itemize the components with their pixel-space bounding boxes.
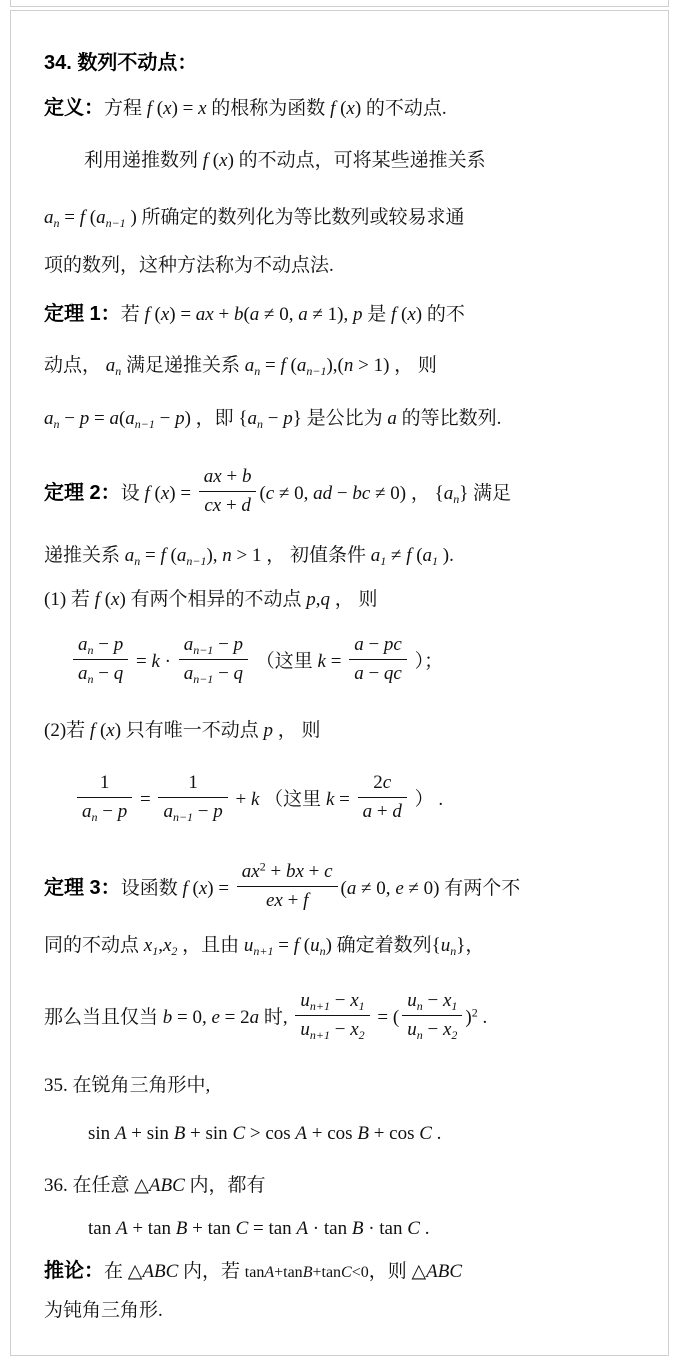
text-run: (2)若 bbox=[44, 720, 90, 741]
text-run: + bbox=[231, 789, 251, 810]
fraction: an−1 − pan−1 − q bbox=[179, 633, 248, 686]
math-variable: B bbox=[176, 1218, 188, 1239]
denominator: ex + f bbox=[237, 887, 338, 913]
text-run: 那么当且仅当 bbox=[44, 1007, 163, 1028]
math-variable: x bbox=[106, 720, 114, 741]
numerator: ax + b bbox=[199, 465, 257, 492]
text-run: 35. 在锐角三角形中, bbox=[44, 1075, 210, 1096]
fraction: 1an − p bbox=[77, 771, 132, 824]
text-run: = bbox=[260, 355, 280, 376]
math-variable: f bbox=[303, 890, 308, 911]
math-variable: a bbox=[444, 483, 454, 504]
text-run: ) = bbox=[172, 98, 199, 119]
item-34-heading: 34. 数列不动点： bbox=[44, 41, 656, 85]
numerator: an−1 − p bbox=[179, 633, 248, 660]
text-run: − bbox=[330, 1019, 350, 1040]
text-run: · tan bbox=[363, 1218, 407, 1239]
subscript: n−1 bbox=[173, 810, 193, 824]
text-run: − bbox=[423, 1019, 443, 1040]
math-variable: k bbox=[318, 651, 326, 672]
bold-label: 定理 2： bbox=[44, 482, 121, 504]
subscript: n−1 bbox=[193, 672, 213, 686]
intro-line-2: an = f (an−1 ) 所确定的数列化为等比数列或较易求通 bbox=[44, 191, 656, 245]
math-variable: ABC bbox=[142, 1261, 178, 1282]
math-variable: x bbox=[144, 935, 152, 956]
fraction: un − x1un − x2 bbox=[402, 989, 462, 1042]
theorem1-line-3: an − p = a(an−1 − p) ，即 {an − p} 是公比为 a … bbox=[44, 391, 656, 447]
item-35-formula-line: sin A + sin B + sin C > cos A + cos B + … bbox=[44, 1109, 656, 1159]
numerator: 1 bbox=[77, 771, 132, 798]
math-variable: a bbox=[387, 408, 397, 429]
math-variable: p bbox=[118, 801, 128, 822]
text-run: ) = bbox=[169, 483, 196, 504]
subscript: n−1 bbox=[193, 644, 213, 658]
math-variable: ex bbox=[266, 890, 283, 911]
math-variable: b bbox=[242, 466, 252, 487]
math-variable: c bbox=[324, 861, 332, 882]
bold-label: 定理 3： bbox=[44, 877, 121, 899]
denominator: a + d bbox=[358, 798, 407, 824]
math-variable: a bbox=[371, 545, 381, 566]
text-run: (1) 若 bbox=[44, 589, 95, 610]
math-variable: ax bbox=[204, 466, 222, 487]
subscript: n−1 bbox=[135, 417, 155, 431]
text-run: ≠ 0, bbox=[274, 483, 313, 504]
subscript: n−1 bbox=[306, 364, 326, 378]
math-variable: a bbox=[177, 545, 187, 566]
theorem2-line-1: 定理 2：设 f (x) = ax + bcx + d(c ≠ 0, ad − … bbox=[44, 447, 656, 539]
text-run: − bbox=[94, 634, 114, 655]
math-variable: C bbox=[236, 1218, 249, 1239]
text-run: ) 的不动点，可将某些递推关系 bbox=[228, 150, 486, 171]
text-run: ， 则 bbox=[330, 589, 378, 610]
fraction: 2ca + d bbox=[358, 771, 407, 824]
text-run: . bbox=[478, 1007, 488, 1028]
text-run: 在 △ bbox=[104, 1261, 142, 1282]
math-variable: a bbox=[423, 545, 433, 566]
numerator: 2c bbox=[358, 771, 407, 798]
math-variable: n bbox=[344, 355, 354, 376]
subscript: n+1 bbox=[310, 1000, 330, 1014]
math-variable: d bbox=[392, 801, 402, 822]
theorem3-line-1: 定理 3：设函数 f (x) = ax2 + bx + cex + f(a ≠ … bbox=[44, 857, 656, 919]
fraction: 1an−1 − p bbox=[158, 771, 227, 824]
text-run: − bbox=[213, 634, 233, 655]
numerator: un+1 − x1 bbox=[295, 989, 369, 1016]
math-variable: a bbox=[78, 634, 88, 655]
math-variable-small: A bbox=[264, 1264, 274, 1281]
text-run: − bbox=[94, 663, 114, 684]
subscript: 1 bbox=[451, 1000, 457, 1014]
text-run: ( bbox=[335, 98, 346, 119]
corollary-line-2: 为钝角三角形. bbox=[44, 1297, 656, 1325]
math-variable: q bbox=[234, 663, 244, 684]
math-variable: c bbox=[383, 772, 391, 793]
text-run: 设函数 bbox=[121, 878, 183, 899]
math-variable: A bbox=[295, 1123, 307, 1144]
text-run: = bbox=[140, 545, 160, 566]
text-run: 方程 bbox=[104, 98, 147, 119]
text-run-small: +tan bbox=[274, 1264, 303, 1281]
fraction: un+1 − x1un+1 − x2 bbox=[295, 989, 369, 1042]
subscript: n−1 bbox=[106, 216, 126, 230]
math-variable: a bbox=[184, 634, 194, 655]
math-variable: C bbox=[407, 1218, 420, 1239]
text-run: ( bbox=[150, 483, 161, 504]
denominator: an−1 − q bbox=[179, 660, 248, 686]
text-run: − bbox=[423, 990, 443, 1011]
math-variable: x bbox=[198, 98, 206, 119]
math-variable: p bbox=[283, 408, 293, 429]
text-run-small: <0 bbox=[352, 1264, 369, 1281]
fraction: ax2 + bx + cex + f bbox=[237, 860, 338, 913]
denominator: an − p bbox=[77, 798, 132, 824]
text-run: + bbox=[304, 861, 324, 882]
math-variable: C bbox=[232, 1123, 245, 1144]
text-run: ≠ bbox=[386, 545, 406, 566]
subscript: 2 bbox=[359, 1028, 365, 1042]
text-run: ),( bbox=[326, 355, 343, 376]
math-variable: a bbox=[44, 408, 54, 429]
fraction: ax + bcx + d bbox=[199, 465, 257, 518]
math-variable: p bbox=[80, 408, 90, 429]
text-run: 利用递推数列 bbox=[84, 150, 203, 171]
text-run: = 2 bbox=[220, 1007, 250, 1028]
math-variable: a bbox=[248, 408, 258, 429]
document-page: 34. 数列不动点： 定义：方程 f (x) = x 的根称为函数 f (x) … bbox=[10, 10, 669, 1356]
denominator: an − q bbox=[73, 660, 128, 686]
math-variable: p bbox=[306, 589, 316, 610]
text-run: 1 bbox=[188, 772, 198, 793]
math-variable: ABC bbox=[149, 1175, 185, 1196]
math-variable: a bbox=[44, 207, 54, 228]
text-run: ) 的不 bbox=[416, 304, 465, 325]
math-variable: u bbox=[310, 935, 320, 956]
text-run: · tan bbox=[308, 1218, 352, 1239]
text-run: = ( bbox=[373, 1007, 400, 1028]
math-variable: B bbox=[357, 1123, 369, 1144]
text-run: . bbox=[432, 1123, 442, 1144]
text-run: + sin bbox=[127, 1123, 174, 1144]
math-variable: x bbox=[161, 483, 169, 504]
math-variable: n bbox=[222, 545, 232, 566]
text-run: − bbox=[364, 634, 384, 655]
text-run: 2 bbox=[373, 772, 383, 793]
math-variable: p bbox=[234, 634, 244, 655]
text-run: 时, bbox=[259, 1007, 292, 1028]
text-run: sin bbox=[88, 1123, 115, 1144]
math-variable: x bbox=[350, 1019, 358, 1040]
text-run: ≠ 0) ， { bbox=[370, 483, 443, 504]
math-variable: p bbox=[175, 408, 185, 429]
text-run: + tan bbox=[187, 1218, 235, 1239]
text-run: − bbox=[193, 801, 213, 822]
text-run: = bbox=[60, 207, 80, 228]
text-run: 设 bbox=[121, 483, 145, 504]
theorem3-line-3: 那么当且仅当 b = 0, e = 2a 时, un+1 − x1un+1 − … bbox=[44, 973, 656, 1063]
numerator: 1 bbox=[158, 771, 227, 798]
math-variable-small: C bbox=[341, 1264, 352, 1281]
text-run: = bbox=[131, 651, 151, 672]
text-run: ) 所确定的数列化为等比数列或较易求通 bbox=[126, 207, 465, 228]
text-run: ≠ 1), bbox=[308, 304, 353, 325]
math-variable: A bbox=[116, 1218, 128, 1239]
text-run: + bbox=[222, 466, 242, 487]
denominator: an−1 − p bbox=[158, 798, 227, 824]
numerator: ax2 + bx + c bbox=[237, 860, 338, 887]
numerator: un − x1 bbox=[402, 989, 462, 1016]
text-run: = 0, bbox=[172, 1007, 211, 1028]
text-run: tan bbox=[88, 1218, 116, 1239]
math-variable: cx bbox=[204, 495, 221, 516]
text-run: 满足递推关系 bbox=[121, 355, 245, 376]
text-run: = bbox=[135, 789, 155, 810]
text-run: 的根称为函数 bbox=[207, 98, 331, 119]
math-variable: pc bbox=[384, 634, 402, 655]
item-36-heading: 36. 在任意 △ABC 内，都有 bbox=[44, 1159, 656, 1213]
math-variable-small: B bbox=[303, 1264, 313, 1281]
text-run: ， 则 bbox=[273, 720, 321, 741]
text-run: ( bbox=[411, 545, 422, 566]
math-variable: x bbox=[443, 990, 451, 1011]
corollary-line-1: 推论：在 △ABC 内，若 tanA+tanB+tanC<0，则 △ABC bbox=[44, 1245, 656, 1297]
math-variable: B bbox=[352, 1218, 364, 1239]
case2-condition-line: (2)若 f (x) 只有唯一不动点 p ， 则 bbox=[44, 697, 656, 765]
text-run: ( bbox=[208, 150, 219, 171]
math-variable: ax bbox=[242, 861, 260, 882]
text-run: 动点， bbox=[44, 355, 106, 376]
math-variable: q bbox=[321, 589, 331, 610]
math-variable: x bbox=[219, 150, 227, 171]
bold-label: 34. 数列不动点： bbox=[44, 52, 197, 74]
math-variable: u bbox=[407, 990, 417, 1011]
subscript: n−1 bbox=[186, 554, 206, 568]
bold-label: 推论： bbox=[44, 1260, 104, 1282]
text-run: > 1 ， 初值条件 bbox=[232, 545, 371, 566]
text-run: ) 确定着数列{ bbox=[326, 935, 441, 956]
math-variable: u bbox=[300, 990, 310, 1011]
subscript: n+1 bbox=[310, 1028, 330, 1042]
text-run: ( bbox=[299, 935, 310, 956]
theorem1-line-2: 动点， an 满足递推关系 an = f (an−1),(n > 1) ， 则 bbox=[44, 341, 656, 391]
text-run: ( bbox=[100, 589, 111, 610]
text-run: } 是公比为 bbox=[293, 408, 388, 429]
math-variable: x bbox=[199, 878, 207, 899]
text-run: = bbox=[274, 935, 294, 956]
text-run: = tan bbox=[248, 1218, 296, 1239]
math-variable: A bbox=[296, 1218, 308, 1239]
text-run: ，且由 bbox=[177, 935, 244, 956]
numerator: an − p bbox=[73, 633, 128, 660]
fraction: a − pca − qc bbox=[349, 633, 407, 686]
text-run: . bbox=[420, 1218, 430, 1239]
text-run: − bbox=[155, 408, 175, 429]
math-variable: qc bbox=[384, 663, 402, 684]
math-variable: a bbox=[163, 801, 173, 822]
math-variable: ax bbox=[196, 304, 214, 325]
text-run: + bbox=[372, 801, 392, 822]
text-run: + bbox=[214, 304, 234, 325]
fraction: an − pan − q bbox=[73, 633, 128, 686]
math-variable: a bbox=[184, 663, 194, 684]
text-run: − bbox=[213, 663, 233, 684]
text-run: + cos bbox=[369, 1123, 419, 1144]
math-variable: A bbox=[115, 1123, 127, 1144]
math-variable: a bbox=[298, 304, 308, 325]
text-run: > 1) ， 则 bbox=[353, 355, 437, 376]
math-variable: u bbox=[244, 935, 254, 956]
math-variable: x bbox=[161, 304, 169, 325]
math-variable: p bbox=[264, 720, 274, 741]
text-run: 的等比数列. bbox=[397, 408, 502, 429]
text-run: ( bbox=[286, 355, 297, 376]
definition-line: 定义：方程 f (x) = x 的根称为函数 f (x) 的不动点. bbox=[44, 85, 656, 131]
math-variable: a bbox=[109, 408, 119, 429]
math-variable: x bbox=[346, 98, 354, 119]
text-run: · bbox=[160, 651, 176, 672]
math-variable: C bbox=[419, 1123, 432, 1144]
math-variable: u bbox=[300, 1019, 310, 1040]
math-variable: bx bbox=[286, 861, 304, 882]
denominator: un+1 − x2 bbox=[295, 1016, 369, 1042]
text-run: = bbox=[89, 408, 109, 429]
denominator: un − x2 bbox=[402, 1016, 462, 1042]
bold-label: 定理 1： bbox=[44, 303, 121, 325]
intro-line-3: 项的数列，这种方法称为不动点法. bbox=[44, 245, 656, 287]
bold-label: 定义： bbox=[44, 97, 104, 119]
text-run: − bbox=[263, 408, 283, 429]
text-run: > cos bbox=[245, 1123, 295, 1144]
math-variable: ABC bbox=[426, 1261, 462, 1282]
math-variable: x bbox=[443, 1019, 451, 1040]
math-variable: p bbox=[114, 634, 124, 655]
text-run: 内，若 bbox=[178, 1261, 245, 1282]
text-run: − bbox=[98, 801, 118, 822]
text-run: }， bbox=[456, 935, 484, 956]
math-variable: u bbox=[441, 935, 451, 956]
text-run: ( bbox=[188, 878, 199, 899]
math-variable: a bbox=[363, 801, 373, 822]
math-variable: d bbox=[241, 495, 251, 516]
item-36-formula-line: tan A + tan B + tan C = tan A · tan B · … bbox=[44, 1213, 656, 1245]
text-run: ), bbox=[206, 545, 222, 566]
text-run: 1 bbox=[100, 772, 110, 793]
math-variable: u bbox=[407, 1019, 417, 1040]
text-run: ） . bbox=[410, 789, 443, 810]
text-run: ( bbox=[152, 98, 163, 119]
text-run: ≠ 0, bbox=[356, 878, 395, 899]
denominator: a − qc bbox=[349, 660, 407, 686]
theorem1-line-1: 定理 1：若 f (x) = ax + b(a ≠ 0, a ≠ 1), p 是… bbox=[44, 287, 656, 341]
text-run: 36. 在任意 △ bbox=[44, 1175, 149, 1196]
math-variable: a bbox=[354, 663, 364, 684]
text-run: ≠ 0) 有两个不 bbox=[404, 878, 521, 899]
math-variable: B bbox=[174, 1123, 186, 1144]
text-run: = bbox=[334, 789, 354, 810]
item-35-heading: 35. 在锐角三角形中, bbox=[44, 1063, 656, 1109]
text-run: ，则 △ bbox=[369, 1261, 426, 1282]
math-variable: a bbox=[297, 355, 307, 376]
text-run: + sin bbox=[185, 1123, 232, 1144]
text-run: ( bbox=[150, 304, 161, 325]
math-variable: a bbox=[245, 355, 255, 376]
text-run: ). bbox=[438, 545, 454, 566]
text-run: 内，都有 bbox=[185, 1175, 266, 1196]
text-run: ) = bbox=[207, 878, 234, 899]
math-variable: bc bbox=[352, 483, 370, 504]
text-run-small: +tan bbox=[312, 1264, 341, 1281]
text-run: + bbox=[221, 495, 241, 516]
text-run: 同的不动点 bbox=[44, 935, 144, 956]
text-run: ( bbox=[95, 720, 106, 741]
math-variable: a bbox=[250, 1007, 260, 1028]
text-run: } 满足 bbox=[459, 483, 511, 504]
text-run: ≠ 0, bbox=[259, 304, 298, 325]
case1-formula-line: an − pan − q = k · an−1 − pan−1 − q （这里 … bbox=[44, 627, 656, 697]
text-run: + tan bbox=[128, 1218, 176, 1239]
text-run: + cos bbox=[307, 1123, 357, 1144]
theorem2-line-2: 递推关系 an = f (an−1), n > 1 ， 初值条件 a1 ≠ f … bbox=[44, 539, 656, 573]
text-run: ) 的不动点. bbox=[355, 98, 447, 119]
text-run: ) 只有唯一不动点 bbox=[115, 720, 264, 741]
text-run: 是 bbox=[362, 304, 391, 325]
math-variable: a bbox=[347, 878, 357, 899]
math-variable: b bbox=[163, 1007, 173, 1028]
text-run: + bbox=[266, 861, 286, 882]
math-variable: e bbox=[395, 878, 403, 899]
text-run: 若 bbox=[121, 304, 145, 325]
theorem3-line-2: 同的不动点 x1,x2 ，且由 un+1 = f (un) 确定着数列{un}， bbox=[44, 919, 656, 973]
text-run: − bbox=[330, 990, 350, 1011]
text-run: （这里 bbox=[251, 651, 318, 672]
intro-line-1: 利用递推数列 f (x) 的不动点，可将某些递推关系 bbox=[44, 131, 656, 191]
text-run: ( bbox=[166, 545, 177, 566]
case1-condition-line: (1) 若 f (x) 有两个相异的不动点 p,q ， 则 bbox=[44, 573, 656, 627]
text-run-small: tan bbox=[245, 1264, 265, 1281]
math-variable: a bbox=[78, 663, 88, 684]
numerator: a − pc bbox=[349, 633, 407, 660]
text-run: ) ，即 { bbox=[185, 408, 248, 429]
math-variable: q bbox=[114, 663, 124, 684]
math-variable: a bbox=[106, 355, 116, 376]
text-run: − bbox=[364, 663, 384, 684]
math-variable: k bbox=[151, 651, 159, 672]
math-variable: p bbox=[213, 801, 223, 822]
text-run: = bbox=[326, 651, 346, 672]
math-variable: a bbox=[354, 634, 364, 655]
text-run: ）； bbox=[410, 651, 443, 672]
math-variable: x bbox=[163, 98, 171, 119]
text-run: ( bbox=[85, 207, 96, 228]
subscript: 2 bbox=[451, 1028, 457, 1042]
math-variable: a bbox=[250, 304, 260, 325]
text-run: ( bbox=[396, 304, 407, 325]
case2-formula-line: 1an − p = 1an−1 − p + k （这里 k = 2ca + d … bbox=[44, 765, 656, 835]
text-run: 递推关系 bbox=[44, 545, 125, 566]
math-variable: a bbox=[125, 408, 135, 429]
text-run: （这里 bbox=[259, 789, 326, 810]
math-variable: a bbox=[96, 207, 106, 228]
math-variable: a bbox=[125, 545, 135, 566]
math-variable: ad bbox=[313, 483, 332, 504]
text-run: ) = bbox=[169, 304, 196, 325]
denominator: cx + d bbox=[199, 492, 257, 518]
text-run: ) 有两个相异的不动点 bbox=[119, 589, 306, 610]
math-variable: x bbox=[350, 990, 358, 1011]
text-run: + bbox=[283, 890, 303, 911]
text-run: − bbox=[332, 483, 352, 504]
math-variable: e bbox=[211, 1007, 219, 1028]
